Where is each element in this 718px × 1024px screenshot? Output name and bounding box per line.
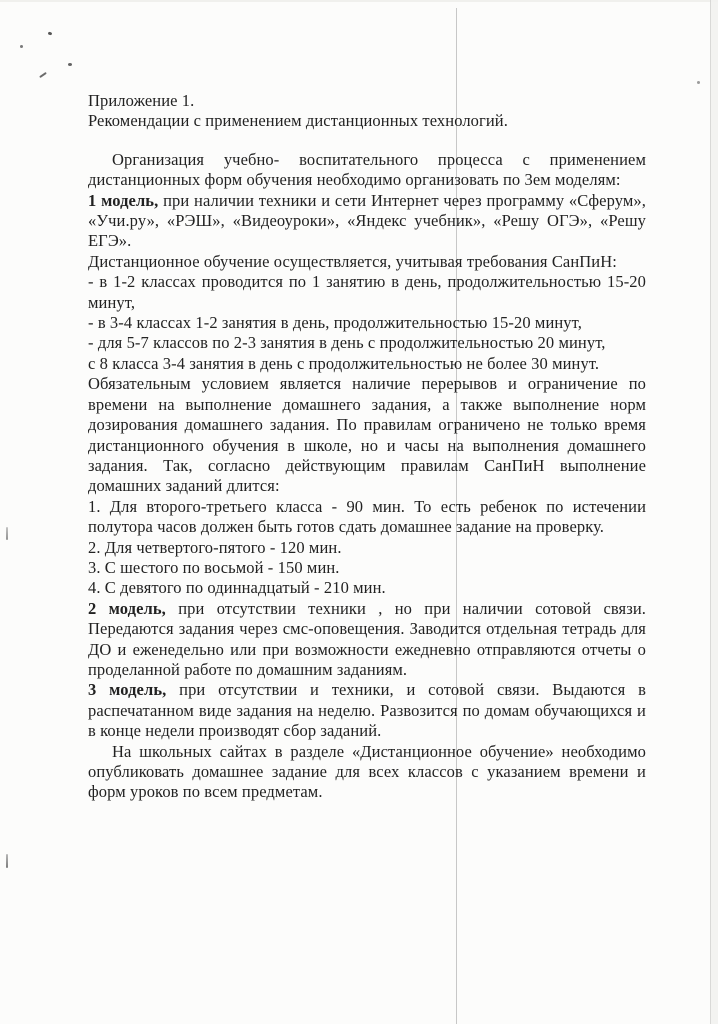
scan-speck (20, 45, 23, 48)
scanned-document-page: Приложение 1. Рекомендации с применением… (0, 0, 718, 1024)
paragraph-text: 3. С шестого по восьмой - 150 мин. (88, 558, 340, 577)
paragraph-text: Обязательным условием является наличие п… (88, 374, 646, 495)
scan-speck (39, 72, 47, 78)
paragraph: - в 3-4 классах 1-2 занятия в день, прод… (88, 313, 646, 333)
paragraph-text: при наличии техники и сети Интернет чере… (88, 191, 646, 251)
paragraph: с 8 класса 3-4 занятия в день с продолжи… (88, 354, 646, 374)
paragraph: Дистанционное обучение осуществляется, у… (88, 252, 646, 272)
paragraph-text: - для 5-7 классов по 2-3 занятия в день … (88, 333, 605, 352)
paragraph-text: 4. С девятого по одиннадцатый - 210 мин. (88, 578, 386, 597)
scan-top-edge (0, 0, 718, 2)
paragraph-bold-lead: 3 модель, (88, 680, 166, 699)
paragraph-text: - в 1-2 классах проводится по 1 занятию … (88, 272, 646, 311)
paragraph-text: Дистанционное обучение осуществляется, у… (88, 252, 617, 271)
paragraph: - для 5-7 классов по 2-3 занятия в день … (88, 333, 646, 353)
paragraph-text: Организация учебно- воспитательного проц… (88, 150, 646, 189)
document-heading: Приложение 1. Рекомендации с применением… (88, 91, 646, 132)
paragraph: 3. С шестого по восьмой - 150 мин. (88, 558, 646, 578)
scan-edge-mark (6, 854, 8, 868)
document-text: Приложение 1. Рекомендации с применением… (88, 91, 646, 803)
paragraph-text: - в 3-4 классах 1-2 занятия в день, прод… (88, 313, 582, 332)
paragraph-bold-lead: 1 модель, (88, 191, 158, 210)
paragraph-text: 1. Для второго-третьего класса - 90 мин.… (88, 497, 646, 536)
paragraph: 1 модель, при наличии техники и сети Инт… (88, 191, 646, 252)
heading-line-appendix: Приложение 1. (88, 91, 646, 111)
paragraph-bold-lead: 2 модель, (88, 599, 166, 618)
paragraph-text: при отсутствии и техники, и сотовой связ… (88, 680, 646, 740)
paragraph: 1. Для второго-третьего класса - 90 мин.… (88, 497, 646, 538)
heading-line-title: Рекомендации с применением дистанционных… (88, 111, 646, 131)
scan-right-edge (710, 0, 718, 1024)
paragraph-text: 2. Для четвертого-пятого - 120 мин. (88, 538, 342, 557)
paragraph: Обязательным условием является наличие п… (88, 374, 646, 496)
scan-speck (697, 81, 700, 84)
paragraph: - в 1-2 классах проводится по 1 занятию … (88, 272, 646, 313)
paragraph: Организация учебно- воспитательного проц… (88, 150, 646, 191)
paragraph: На школьных сайтах в разделе «Дистанцион… (88, 742, 646, 803)
paragraph-text: при отсутствии техники , но при наличии … (88, 599, 646, 679)
scan-edge-mark (6, 527, 8, 540)
document-paragraphs: Организация учебно- воспитательного проц… (88, 150, 646, 803)
paragraph: 2. Для четвертого-пятого - 120 мин. (88, 538, 646, 558)
paragraph-text: На школьных сайтах в разделе «Дистанцион… (88, 742, 646, 802)
paragraph: 3 модель, при отсутствии и техники, и со… (88, 680, 646, 741)
heading-gap (88, 132, 646, 150)
paragraph-text: с 8 класса 3-4 занятия в день с продолжи… (88, 354, 599, 373)
scan-speck (48, 31, 53, 35)
scan-speck (68, 63, 72, 66)
paragraph: 4. С девятого по одиннадцатый - 210 мин. (88, 578, 646, 598)
paragraph: 2 модель, при отсутствии техники , но пр… (88, 599, 646, 681)
